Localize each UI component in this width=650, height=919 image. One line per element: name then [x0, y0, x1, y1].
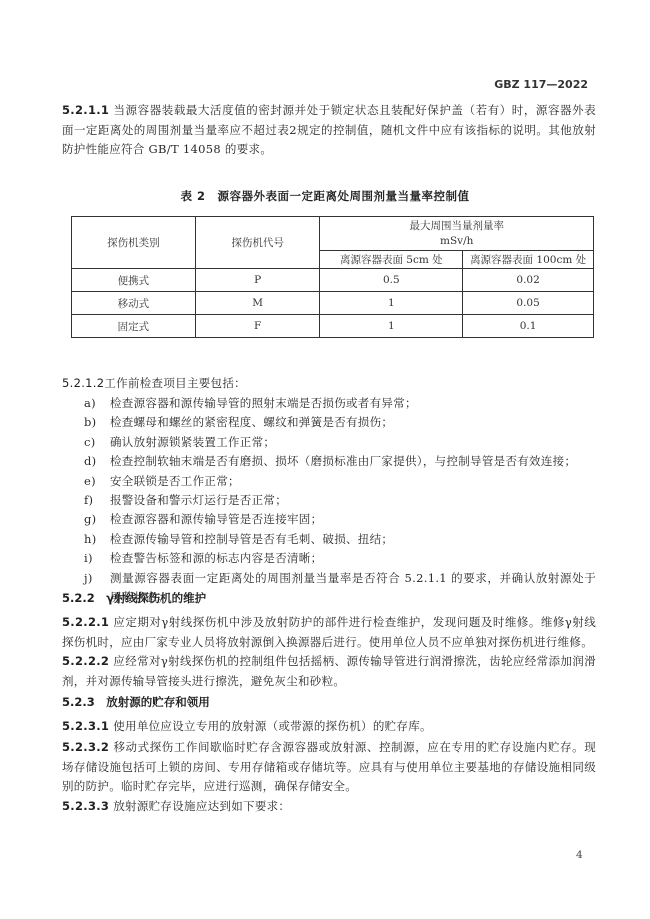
clause-text: 应定期对γ射线探伤机中涉及放射防护的部件进行检查维护，发现问题及时维修。维修γ射… [62, 615, 596, 649]
clause-number: 5.2.3.3 [62, 799, 109, 813]
cell-5cm: 1 [320, 292, 463, 315]
cell-category: 固定式 [72, 315, 196, 338]
clause-text: 移动式探伤工作间歇临时贮存含源容器或放射源、控制源，应在专用的贮存设施内贮存。现… [62, 740, 596, 793]
header-unit: mSv/h [320, 234, 593, 249]
clause-5-2-3-1: 5.2.3.1使用单位应设立专用的放射源（或带源的探伤机）的贮存库。 [62, 717, 596, 737]
list-text: 检查源容器和源传输导管的照射末端是否损伤或者有异常； [110, 394, 596, 413]
list-text: 报警设备和警示灯运行是否正常； [110, 491, 596, 510]
clause-number: 5.2.1.1 [62, 103, 109, 117]
clause-number: 5.2.1.2 [62, 376, 104, 390]
list-text: 安全联锁是否工作正常； [110, 472, 596, 491]
cell-100cm: 0.02 [463, 269, 594, 292]
list-item: h)检查源传输导管和控制导管是否有毛刺、破损、扭结； [84, 530, 596, 549]
header-category: 探伤机类别 [72, 217, 196, 269]
cell-code: M [195, 292, 320, 315]
list-item: c)确认放射源锁紧装置工作正常； [84, 433, 596, 452]
list-marker: i) [84, 549, 110, 568]
list-text: 检查螺母和螺丝的紧密程度、螺纹和弹簧是否有损伤； [110, 413, 596, 432]
clause-text: 使用单位应设立专用的放射源（或带源的探伤机）的贮存库。 [113, 719, 432, 733]
header-max-rate-label: 最大周围当量剂量率 [320, 219, 593, 234]
header-max-rate: 最大周围当量剂量率 mSv/h [320, 217, 594, 251]
list-marker: d) [84, 452, 110, 471]
list-marker: g) [84, 510, 110, 529]
list-marker: b) [84, 413, 110, 432]
list-item: b)检查螺母和螺丝的紧密程度、螺纹和弹簧是否有损伤； [84, 413, 596, 432]
clause-number: 5.2.2.2 [62, 654, 109, 668]
list-text: 检查源容器和源传输导管是否连接牢固； [110, 510, 596, 529]
table-row: 固定式 F 1 0.1 [72, 315, 594, 338]
clause-text: 放射源贮存设施应达到如下要求： [113, 799, 290, 813]
inspection-list: a)检查源容器和源传输导管的照射末端是否损伤或者有异常； b)检查螺母和螺丝的紧… [84, 394, 596, 607]
list-text: 检查警告标签和源的标志内容是否清晰； [110, 549, 596, 568]
list-marker: f) [84, 491, 110, 510]
list-text: 确认放射源锁紧装置工作正常； [110, 433, 596, 452]
list-item: d)检查控制软轴末端是否有磨损、损坏（磨损标准由厂家提供），与控制导管是否有效连… [84, 452, 596, 471]
clause-5-2-1-2: 5.2.1.2工作前检查项目主要包括： [62, 374, 596, 394]
dose-rate-table: 探伤机类别 探伤机代号 最大周围当量剂量率 mSv/h 离源容器表面 5cm 处… [71, 216, 594, 338]
list-item: a)检查源容器和源传输导管的照射末端是否损伤或者有异常； [84, 394, 596, 413]
cell-code: F [195, 315, 320, 338]
clause-text: 当源容器装载最大活度值的密封源并处于锁定状态且装配好保护盖（若有）时，源容器外表… [62, 103, 596, 156]
page-number: 4 [576, 849, 583, 861]
cell-category: 便携式 [72, 269, 196, 292]
cell-5cm: 0.5 [320, 269, 463, 292]
list-text: 检查源传输导管和控制导管是否有毛刺、破损、扭结； [110, 530, 596, 549]
clause-5-2-1-1: 5.2.1.1当源容器装载最大活度值的密封源并处于锁定状态且装配好保护盖（若有）… [62, 101, 596, 160]
list-item: i)检查警告标签和源的标志内容是否清晰； [84, 549, 596, 568]
list-marker: h) [84, 530, 110, 549]
clause-5-2-2-2: 5.2.2.2应经常对γ射线探伤机的控制组件包括摇柄、源传输导管进行润滑擦洗，齿… [62, 652, 596, 691]
section-heading-5-2-3: 5.2.3 放射源的贮存和领用 [62, 693, 210, 712]
clause-intro: 工作前检查项目主要包括： [104, 376, 246, 390]
cell-100cm: 0.1 [463, 315, 594, 338]
clause-5-2-3-3: 5.2.3.3放射源贮存设施应达到如下要求： [62, 797, 596, 817]
section-heading-5-2-2: 5.2.2 γ射线探伤机的维护 [62, 589, 206, 608]
list-marker: c) [84, 433, 110, 452]
header-100cm: 离源容器表面 100cm 处 [463, 251, 594, 269]
clause-5-2-3-2: 5.2.3.2移动式探伤工作间歇临时贮存含源容器或放射源、控制源，应在专用的贮存… [62, 738, 596, 797]
clause-number: 5.2.3.1 [62, 719, 109, 733]
list-marker: a) [84, 394, 110, 413]
clause-number: 5.2.2.1 [62, 615, 109, 629]
list-text: 检查控制软轴末端是否有磨损、损坏（磨损标准由厂家提供），与控制导管是否有效连接； [110, 452, 596, 471]
list-item: f)报警设备和警示灯运行是否正常； [84, 491, 596, 510]
cell-code: P [195, 269, 320, 292]
header-5cm: 离源容器表面 5cm 处 [320, 251, 463, 269]
cell-100cm: 0.05 [463, 292, 594, 315]
clause-5-2-2-1: 5.2.2.1应定期对γ射线探伤机中涉及放射防护的部件进行检查维护，发现问题及时… [62, 613, 596, 652]
table-row: 移动式 M 1 0.05 [72, 292, 594, 315]
header-code: 探伤机代号 [195, 217, 320, 269]
clause-number: 5.2.3.2 [62, 740, 109, 754]
cell-5cm: 1 [320, 315, 463, 338]
table-title: 表 2 源容器外表面一定距离处周围剂量当量率控制值 [0, 188, 650, 204]
table-row: 便携式 P 0.5 0.02 [72, 269, 594, 292]
list-marker: e) [84, 472, 110, 491]
cell-category: 移动式 [72, 292, 196, 315]
list-item: g)检查源容器和源传输导管是否连接牢固； [84, 510, 596, 529]
standard-number: GBZ 117—2022 [494, 78, 588, 91]
clause-text: 应经常对γ射线探伤机的控制组件包括摇柄、源传输导管进行润滑擦洗，齿轮应经常添加润… [62, 654, 596, 688]
list-item: e)安全联锁是否工作正常； [84, 472, 596, 491]
